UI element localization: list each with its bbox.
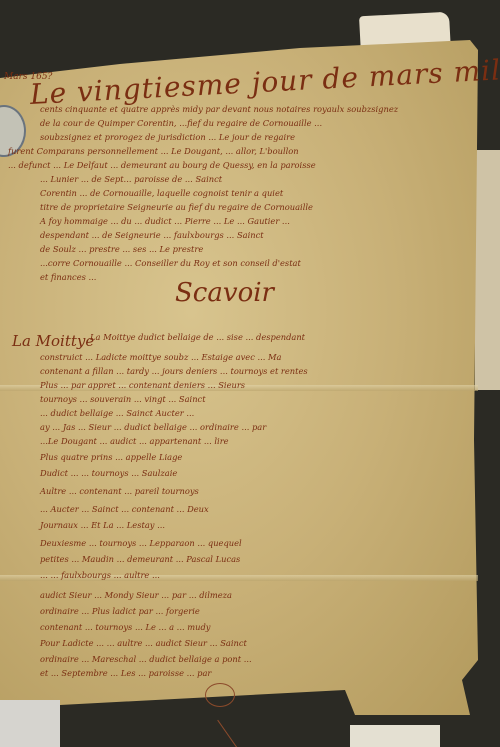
- text-line: construict ... Ladicte moittye soubz ...…: [40, 352, 281, 362]
- text-line: ... ... faulxbourgs ... aultre ...: [40, 570, 160, 580]
- text-line: Plus quatre prins ... appelle Liage: [40, 452, 182, 462]
- text-line: soubzsignez et prorogez de jurisdiction …: [40, 132, 295, 142]
- text-line: de la cour de Quimper Corentin, ...fief …: [40, 118, 322, 128]
- text-line: La Moittye dudict bellaige de ... sise .…: [90, 332, 305, 342]
- text-line: ...corre Cornouaille ... Conseiller du R…: [40, 258, 301, 268]
- paper-corner: [350, 725, 440, 747]
- text-line: ay ... Jas ... Sieur ... dudict bellaige…: [40, 422, 266, 432]
- text-line: ... Lunier ... de Sept... paroisse de ..…: [40, 174, 222, 184]
- text-line: contenant ... tournoys ... Le ... a ... …: [40, 622, 210, 632]
- right-sheet-edge: [475, 150, 500, 390]
- text-line: Plus ... par appret ... contenant denier…: [40, 380, 245, 390]
- text-line: ...Le Dougant ... audict ... appartenant…: [40, 436, 229, 446]
- text-line: contenant a fillan ... tardy ... jours d…: [40, 366, 308, 376]
- text-line: de Soulz ... prestre ... ses ... Le pres…: [40, 244, 203, 254]
- text-line: Aultre ... contenant ... pareil tournoys: [40, 486, 199, 496]
- text-line: Deuxiesme ... tournoys ... Lepparaon ...…: [40, 538, 242, 548]
- signature-flourish: [205, 683, 235, 707]
- text-line: audict Sieur ... Mondy Sieur ... par ...…: [40, 590, 232, 600]
- text-line: Dudict ... ... tournoys ... Saulzaie: [40, 468, 177, 478]
- text-line: furent Comparans personnellement ... Le …: [8, 146, 299, 156]
- text-line: cents cinquante et quatre apprès midy pa…: [40, 104, 398, 114]
- paper-corner: [0, 700, 60, 747]
- paragraph-header: La Moittye: [12, 332, 94, 350]
- text-line: ... Aucter ... Sainct ... contenant ... …: [40, 504, 209, 514]
- text-line: titre de proprietaire Seigneurie au fief…: [40, 202, 313, 212]
- text-line: ... defunct ... Le Delfaut ... demeurant…: [8, 160, 316, 170]
- text-line: Pour Ladicte ... ... aultre ... audict S…: [40, 638, 247, 648]
- text-line: et ... Septembre ... Les ... paroisse ..…: [40, 668, 211, 678]
- text-line: petites ... Maudin ... demeurant ... Pas…: [40, 554, 240, 564]
- text-line: Journaux ... Et La ... Lestay ...: [40, 520, 165, 530]
- text-line: et finances ...: [40, 272, 96, 282]
- text-line: A foy hommaige ... du ... dudict ... Pie…: [40, 216, 290, 226]
- text-line: ordinaire ... Mareschal ... dudict bella…: [40, 654, 252, 664]
- text-line: La Moittye: [12, 332, 94, 350]
- section-title: Scavoir: [175, 278, 274, 308]
- text-line: ordinaire ... Plus ladict par ... forger…: [40, 606, 200, 616]
- text-line: tournoys ... souverain ... vingt ... Sai…: [40, 394, 206, 404]
- text-line: Corentin ... de Cornouaille, laquelle co…: [40, 188, 283, 198]
- text-line: ... dudict bellaige ... Sainct Aucter ..…: [40, 408, 194, 418]
- text-line: despendant ... de Seigneurie ... faulxbo…: [40, 230, 264, 240]
